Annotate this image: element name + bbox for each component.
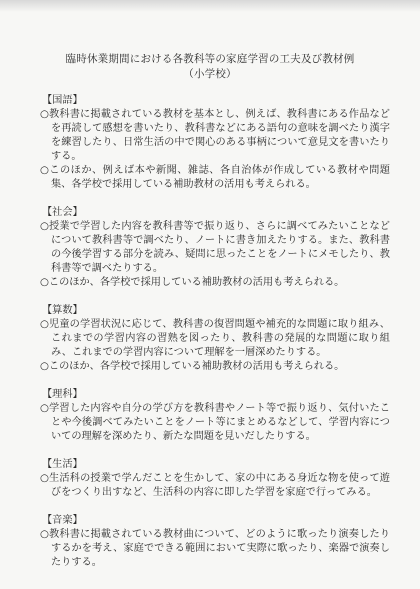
list-item: ○教科書に掲載されている教材曲について、どのように歌ったり演奏したりするかを考え… [40, 528, 390, 570]
section-ongaku: 【音楽】 ○教科書に掲載されている教材曲について、どのように歌ったり演奏したりす… [40, 514, 390, 570]
section-heading: 【国語】 [42, 94, 390, 108]
section-seikatsu: 【生活】 ○生活科の授業で学んだことを生かして、家の中にある身近な物を使って遊び… [40, 458, 390, 500]
list-item: ○授業で学習した内容を教科書等で振り返り、さらに調べてみたいことなどについて教科… [40, 220, 390, 276]
scan-shadow [0, 0, 420, 12]
list-item: ○教科書に掲載されている教材を基本とし、例えば、教科書にある作品などを再読して感… [40, 108, 390, 164]
section-shakai: 【社会】 ○授業で学習した内容を教科書等で振り返り、さらに調べてみたいことなどに… [40, 206, 390, 290]
document-body: 【国語】 ○教科書に掲載されている教材を基本とし、例えば、教科書にある作品などを… [40, 94, 390, 584]
section-rika: 【理科】 ○学習した内容や自分の学び方を教科書やノート等で振り返り、気付いたこと… [40, 388, 390, 444]
section-heading: 【算数】 [42, 304, 390, 318]
list-item: ○児童の学習状況に応じて、教科書の復習問題や補充的な問題に取り組み、これまでの学… [40, 318, 390, 360]
list-item: ○このほか、各学校で採用している補助教材の活用も考えられる。 [40, 276, 390, 290]
section-heading: 【理科】 [42, 388, 390, 402]
list-item: ○このほか、各学校で採用している補助教材の活用も考えられる。 [40, 360, 390, 374]
list-item: ○このほか、例えば本や新聞、雑誌、各自治体が作成している教材や問題集、各学校で採… [40, 164, 390, 192]
document-title: 臨時休業期間における各教科等の家庭学習の工夫及び教材例 [0, 52, 420, 67]
list-item: ○学習した内容や自分の学び方を教科書やノート等で振り返り、気付いたことや今後調べ… [40, 402, 390, 444]
list-item: ○生活科の授業で学んだことを生かして、家の中にある身近な物を使って遊びをつくり出… [40, 472, 390, 500]
document-header: 臨時休業期間における各教科等の家庭学習の工夫及び教材例 （小学校） [0, 52, 420, 82]
section-sansu: 【算数】 ○児童の学習状況に応じて、教科書の復習問題や補充的な問題に取り組み、こ… [40, 304, 390, 374]
section-heading: 【社会】 [42, 206, 390, 220]
section-kokugo: 【国語】 ○教科書に掲載されている教材を基本とし、例えば、教科書にある作品などを… [40, 94, 390, 192]
section-heading: 【音楽】 [42, 514, 390, 528]
document-subtitle: （小学校） [0, 67, 420, 82]
section-heading: 【生活】 [42, 458, 390, 472]
